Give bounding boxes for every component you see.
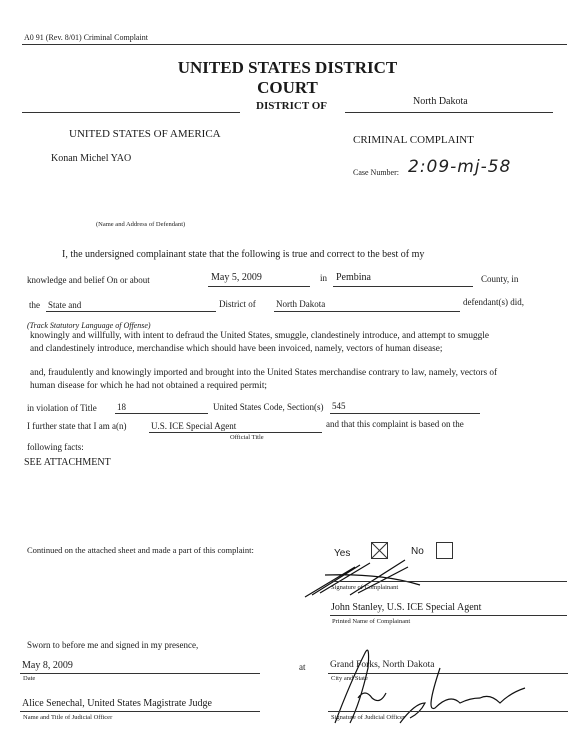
sworn-date-caption: Date xyxy=(23,675,35,682)
offense-caption: (Track Statutory Language of Offense) xyxy=(27,321,151,330)
district-value-line xyxy=(345,112,553,113)
further-label: I further state that I am a(n) xyxy=(27,421,126,431)
court-title-line2: COURT xyxy=(0,78,575,98)
official-title-caption: Official Title xyxy=(230,434,264,441)
sworn-label: Sworn to before me and signed in my pres… xyxy=(27,640,198,650)
county-value: Pembina xyxy=(336,272,371,283)
section-value: 545 xyxy=(332,401,346,411)
defendant-caption: (Name and Address of Defendant) xyxy=(96,221,185,228)
document-type: CRIMINAL COMPLAINT xyxy=(353,134,474,146)
at-label: at xyxy=(299,662,306,672)
judicial-signature-line xyxy=(328,711,568,712)
title-line xyxy=(115,413,208,414)
defendant-did: defendant(s) did, xyxy=(463,297,524,307)
offense-date: May 5, 2009 xyxy=(211,272,262,283)
title-label: in violation of Title xyxy=(27,403,97,413)
facts: SEE ATTACHMENT xyxy=(24,457,111,468)
county-line xyxy=(333,286,473,287)
offense-p2-l1: and, fraudulently and knowingly imported… xyxy=(30,368,497,378)
judicial-signature-caption: Signature of Judicial Officer xyxy=(331,714,405,721)
court-title-line1: UNITED STATES DISTRICT xyxy=(0,58,575,78)
official-title: U.S. ICE Special Agent xyxy=(151,421,236,431)
county-label: County, in xyxy=(481,274,518,284)
court-title: UNITED STATES DISTRICT COURT xyxy=(0,58,575,98)
complainant-printed-name: John Stanley, U.S. ICE Special Agent xyxy=(331,602,481,613)
the-label: the xyxy=(29,300,40,310)
facts-label: following facts: xyxy=(27,442,84,452)
continued-label: Continued on the attached sheet and made… xyxy=(27,545,254,555)
district-line-2 xyxy=(274,311,460,312)
plaintiff: UNITED STATES OF AMERICA xyxy=(69,128,221,140)
printed-name-caption: Printed Name of Complainant xyxy=(332,618,410,625)
district-value-2: North Dakota xyxy=(276,299,325,309)
case-number: 2:09-mj-58 xyxy=(408,157,511,177)
complainant-signature-icon xyxy=(300,555,480,605)
printed-name-line xyxy=(330,615,567,616)
offense-p1-l2: and clandestinely introduce, merchandise… xyxy=(30,344,442,354)
official-title-line xyxy=(149,432,322,433)
code-label: United States Code, Section(s) xyxy=(213,402,323,412)
district-value: North Dakota xyxy=(413,96,468,107)
offense-p2-l2: human disease for which he had not obtai… xyxy=(30,381,267,391)
header-rule xyxy=(22,44,567,45)
sworn-date-line xyxy=(20,673,260,674)
complainant-signature-line xyxy=(330,581,567,582)
knowledge-label: knowledge and belief On or about xyxy=(27,275,150,285)
form-id: A0 91 (Rev. 8/01) Criminal Complaint xyxy=(24,33,148,42)
defendant-name: Konan Michel YAO xyxy=(51,153,131,164)
judicial-officer-caption: Name and Title of Judicial Officer xyxy=(23,714,112,721)
offense-date-line xyxy=(208,286,310,287)
offense-p1-l1: knowingly and willfully, with intent to … xyxy=(30,331,489,341)
state-and: State and xyxy=(48,300,81,310)
judicial-officer: Alice Senechal, United States Magistrate… xyxy=(22,698,212,709)
state-line xyxy=(46,311,216,312)
case-number-label: Case Number: xyxy=(353,168,399,177)
complainant-signature-caption: Signature of Complainant xyxy=(331,584,398,591)
district-of-label: DISTRICT OF xyxy=(256,100,327,112)
based-on-label: and that this complaint is based on the xyxy=(326,419,464,429)
section-line xyxy=(330,413,480,414)
title-value: 18 xyxy=(117,402,126,412)
statement-intro: I, the undersigned complainant state tha… xyxy=(62,249,424,260)
district-blank-left xyxy=(22,112,240,113)
district-of-label-2: District of xyxy=(219,299,256,309)
in-label: in xyxy=(320,273,327,283)
sworn-date: May 8, 2009 xyxy=(22,660,73,671)
judicial-officer-line xyxy=(20,711,260,712)
